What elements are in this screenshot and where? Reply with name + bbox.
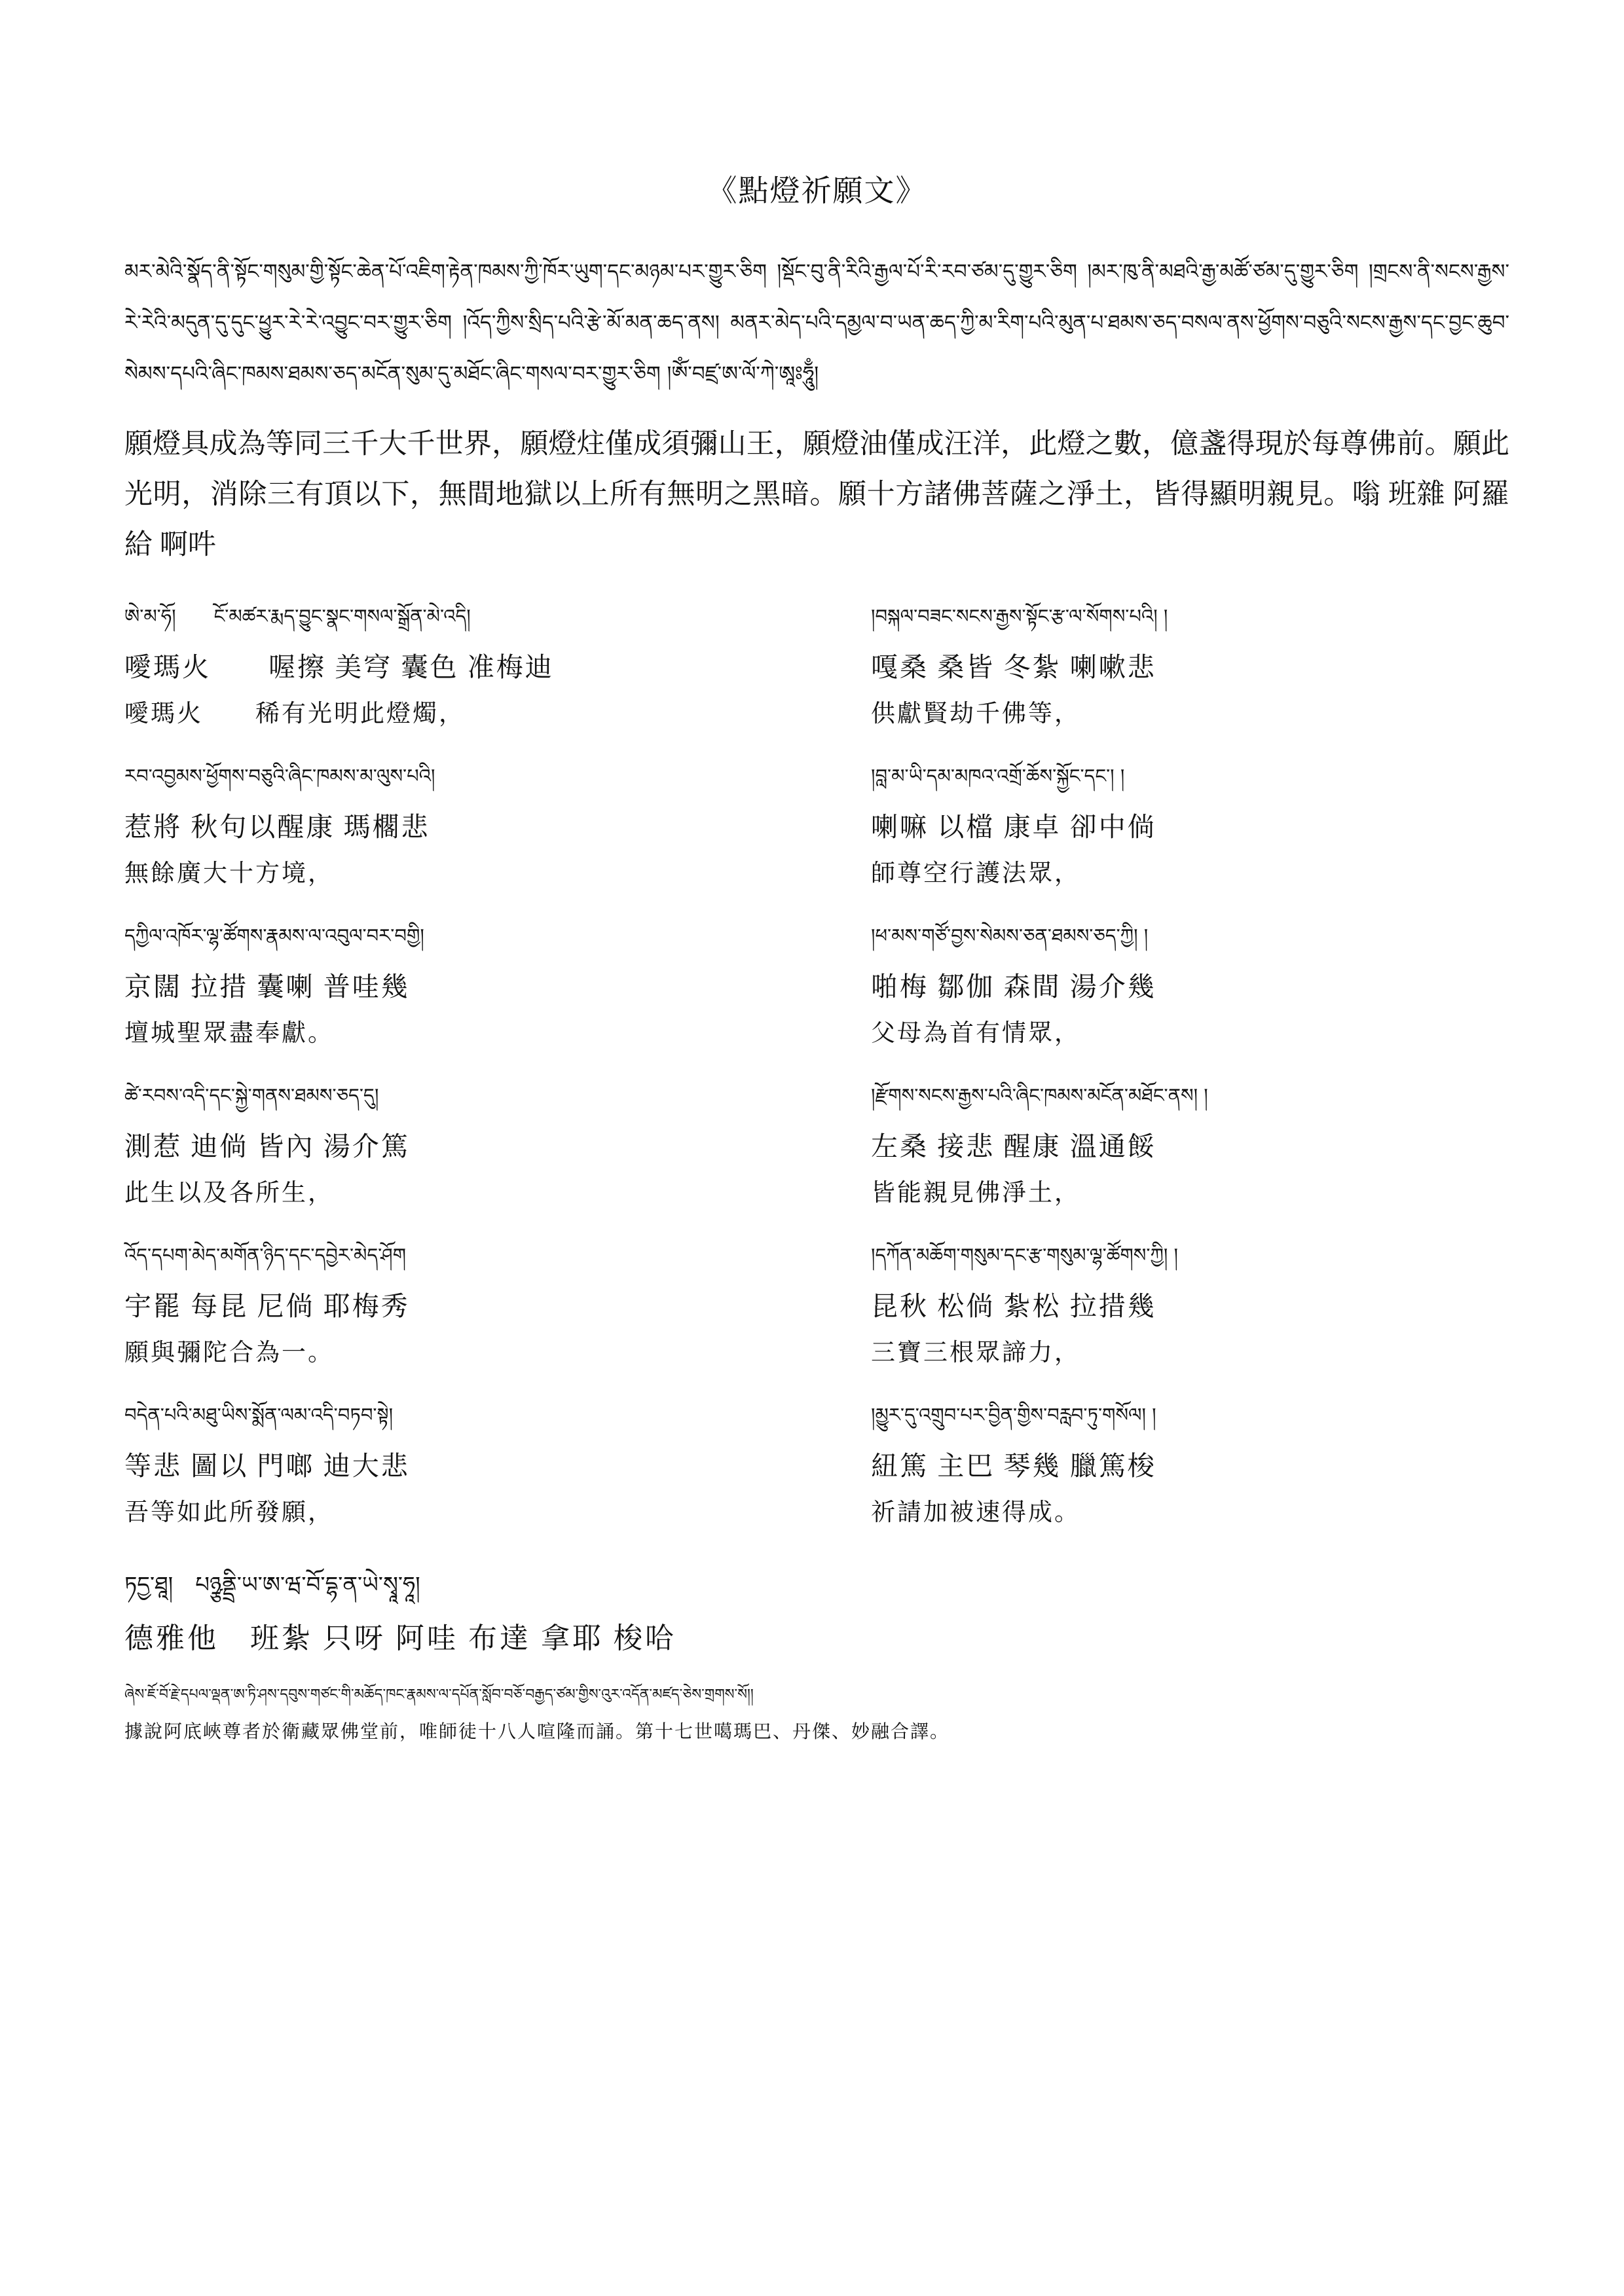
verse-phonetic-line: 測惹 迪倘 皆內 湯介篤 (124, 1127, 832, 1166)
verse-cell-left: རབ་འབྱམས་ཕྱོགས་བཅུའི་ཞིང་ཁམས་མ་ལུས་པའི། … (124, 756, 871, 892)
verse-translation-line: 祈請加被速得成。 (871, 1495, 1509, 1531)
verse-tibetan-line: །ཕ་མས་གཙོ་བྱས་སེམས་ཅན་ཐམས་ཅད་ཀྱི། ། (871, 916, 1509, 955)
verse-translation-line: 師尊空行護法眾， (871, 856, 1509, 892)
verse-phonetic-line: 宇罷 每昆 尼倘 耶梅秀 (124, 1286, 832, 1326)
verse-tibetan-line: འོད་དཔག་མེད་མགོན་ཉིད་དང་དབྱེར་མེད་ཤོག (124, 1235, 832, 1275)
verse-cell-left: བདེན་པའི་མཐུ་ཡིས་སྨོན་ལམ་འདི་བཏབ་སྟེ། 等悲… (124, 1395, 871, 1531)
verse-translation-line: 供獻賢劫千佛等， (871, 696, 1509, 733)
verse-row: ཚེ་རབས་འདི་དང་སྐྱེ་གནས་ཐམས་ཅད་དུ། 測惹 迪倘 … (124, 1076, 1509, 1212)
verse-cell-right: །དཀོན་མཆོག་གསུམ་དང་རྩ་གསུམ་ལྷ་ཚོགས་ཀྱི། … (871, 1235, 1509, 1372)
verse-tibetan-line: དཀྱིལ་འཁོར་ལྷ་ཚོགས་རྣམས་ལ་འབུལ་བར་བགྱི། (124, 916, 832, 955)
document-content: 《點燈祈願文》 མར་མེའི་སྣོད་ནི་སྟོང་གསུམ་གྱི་སྟ… (124, 167, 1509, 1747)
mantra-tibetan-line: ཏདྱ་ཐཱ། པཉྩནྡྲི་ཡ་ཨ་ཝ་བོ་དྷ་ན་ཡེ་སྭཱ་ཧཱ། (124, 1564, 1509, 1606)
colophon-tibetan-line: ཞེས་ཇོ་བོ་རྗེ་དཔལ་ལྡན་ཨ་ཏི་ཤས་དབུས་གཙང་ག… (124, 1682, 1509, 1708)
verse-cell-right: །ཕ་མས་གཙོ་བྱས་སེམས་ཅན་ཐམས་ཅད་ཀྱི། ། 啪梅 鄒… (871, 916, 1509, 1052)
verse-tibetan-line: །མྱུར་དུ་འགྲུབ་པར་བྱིན་གྱིས་བརླབ་ཏུ་གསོལ… (871, 1395, 1509, 1434)
verse-cell-left: ཨེ་མ་ཧོ། ངོ་མཚར་རྨད་བྱུང་སྣང་གསལ་སྒྲོན་མ… (124, 596, 871, 733)
document-page: 《點燈祈願文》 མར་མེའི་སྣོད་ནི་སྟོང་གསུམ་གྱི་སྟ… (0, 0, 1624, 2296)
colophon-chinese-line: 據說阿底峽尊者於衛藏眾佛堂前，唯師徒十八人喧隆而誦。第十七世噶瑪巴、丹傑、妙融合… (124, 1717, 1509, 1747)
verse-phonetic-line: 嘎桑 桑皆 冬紮 喇嗽悲 (871, 647, 1509, 687)
verse-cell-left: ཚེ་རབས་འདི་དང་སྐྱེ་གནས་ཐམས་ཅད་དུ། 測惹 迪倘 … (124, 1076, 871, 1212)
verse-translation-line: 噯瑪火 稀有光明此燈燭， (124, 696, 832, 733)
verse-translation-line: 皆能親見佛淨土， (871, 1175, 1509, 1212)
verse-cell-right: །མྱུར་དུ་འགྲུབ་པར་བྱིན་གྱིས་བརླབ་ཏུ་གསོལ… (871, 1395, 1509, 1531)
verse-translation-line: 三寶三根眾諦力， (871, 1335, 1509, 1372)
verse-tibetan-line: །རྫོགས་སངས་རྒྱས་པའི་ཞིང་ཁམས་མངོན་མཐོང་ནས… (871, 1076, 1509, 1115)
verse-translation-line: 無餘廣大十方境， (124, 856, 832, 892)
verse-tibetan-line: །བླ་མ་ཡི་དམ་མཁའ་འགྲོ་ཆོས་སྐྱོང་དང་། ། (871, 756, 1509, 795)
verse-phonetic-line: 惹將 秋句以醒康 瑪櫊悲 (124, 807, 832, 847)
verse-cell-right: །བླ་མ་ཡི་དམ་མཁའ་འགྲོ་ཆོས་སྐྱོང་དང་། ། 喇嘛… (871, 756, 1509, 892)
verse-row: རབ་འབྱམས་ཕྱོགས་བཅུའི་ཞིང་ཁམས་མ་ལུས་པའི། … (124, 756, 1509, 892)
verse-phonetic-line: 紐篤 主巴 琴幾 臘篤梭 (871, 1446, 1509, 1485)
verse-phonetic-line: 噯瑪火 喔擦 美穹 囊色 准梅迪 (124, 647, 832, 687)
verse-tibetan-line: །བསྐལ་བཟང་སངས་རྒྱས་སྟོང་རྩ་ལ་སོགས་པའི། ། (871, 596, 1509, 636)
verse-phonetic-line: 等悲 圖以 門啷 迪大悲 (124, 1446, 832, 1485)
verse-phonetic-line: 左桑 接悲 醒康 溫通餒 (871, 1127, 1509, 1166)
verse-cell-right: །རྫོགས་སངས་རྒྱས་པའི་ཞིང་ཁམས་མངོན་མཐོང་ནས… (871, 1076, 1509, 1212)
chinese-prose-translation: 願燈具成為等同三千大千世界，願燈炷僅成須彌山王，願燈油僅成汪洋，此燈之數，億盞得… (124, 419, 1509, 570)
verse-translation-line: 父母為首有情眾， (871, 1015, 1509, 1052)
verse-tibetan-line: རབ་འབྱམས་ཕྱོགས་བཅུའི་ཞིང་ཁམས་མ་ལུས་པའི། (124, 756, 832, 795)
verse-tibetan-line: ཨེ་མ་ཧོ། ངོ་མཚར་རྨད་བྱུང་སྣང་གསལ་སྒྲོན་མ… (124, 596, 832, 636)
verse-phonetic-line: 啪梅 鄒伽 森間 湯介幾 (871, 967, 1509, 1006)
verse-cell-right: །བསྐལ་བཟང་སངས་རྒྱས་སྟོང་རྩ་ལ་སོགས་པའི། །… (871, 596, 1509, 733)
page-title: 《點燈祈願文》 (124, 167, 1509, 210)
verse-row: ཨེ་མ་ཧོ། ངོ་མཚར་རྨད་བྱུང་སྣང་གསལ་སྒྲོན་མ… (124, 596, 1509, 733)
verse-translation-line: 此生以及各所生， (124, 1175, 832, 1212)
verse-cell-left: འོད་དཔག་མེད་མགོན་ཉིད་དང་དབྱེར་མེད་ཤོག 宇罷… (124, 1235, 871, 1372)
verse-translation-line: 吾等如此所發願， (124, 1495, 832, 1531)
verse-section: ཨེ་མ་ཧོ། ངོ་མཚར་རྨད་བྱུང་སྣང་གསལ་སྒྲོན་མ… (124, 596, 1509, 1531)
mantra-phonetic-line: 德雅他 班紮 只呀 阿哇 布達 拿耶 梭哈 (124, 1618, 1509, 1660)
verse-tibetan-line: །དཀོན་མཆོག་གསུམ་དང་རྩ་གསུམ་ལྷ་ཚོགས་ཀྱི། … (871, 1235, 1509, 1275)
verse-cell-left: དཀྱིལ་འཁོར་ལྷ་ཚོགས་རྣམས་ལ་འབུལ་བར་བགྱི། … (124, 916, 871, 1052)
verse-translation-line: 願與彌陀合為一。 (124, 1335, 832, 1372)
verse-phonetic-line: 昆秋 松倘 紮松 拉措幾 (871, 1286, 1509, 1326)
verse-row: དཀྱིལ་འཁོར་ལྷ་ཚོགས་རྣམས་ལ་འབུལ་བར་བགྱི། … (124, 916, 1509, 1052)
verse-translation-line: 壇城聖眾盡奉獻。 (124, 1015, 832, 1052)
verse-phonetic-line: 京闊 拉措 囊喇 普哇幾 (124, 967, 832, 1006)
verse-row: འོད་དཔག་མེད་མགོན་ཉིད་དང་དབྱེར་མེད་ཤོག 宇罷… (124, 1235, 1509, 1372)
verse-tibetan-line: བདེན་པའི་མཐུ་ཡིས་སྨོན་ལམ་འདི་བཏབ་སྟེ། (124, 1395, 832, 1434)
verse-phonetic-line: 喇嘛 以檔 康卓 卻中倘 (871, 807, 1509, 847)
verse-row: བདེན་པའི་མཐུ་ཡིས་སྨོན་ལམ་འདི་བཏབ་སྟེ། 等悲… (124, 1395, 1509, 1531)
tibetan-prose-prayer: མར་མེའི་སྣོད་ནི་སྟོང་གསུམ་གྱི་སྟོང་ཆེན་པ… (124, 246, 1509, 399)
verse-tibetan-line: ཚེ་རབས་འདི་དང་སྐྱེ་གནས་ཐམས་ཅད་དུ། (124, 1076, 832, 1115)
